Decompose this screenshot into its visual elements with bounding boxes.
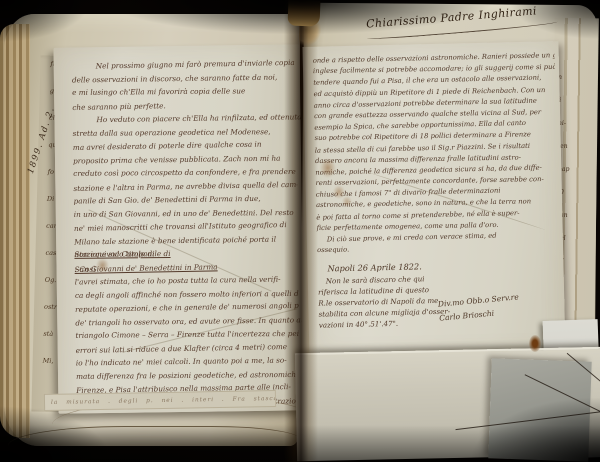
- ink-stain: [342, 196, 352, 207]
- right-letter-text: onde a rispetto delle osservazioni astro…: [313, 50, 560, 257]
- left-page-edge-stack: [0, 24, 30, 438]
- underlined-text: Stazione sul Campanile di: [74, 247, 170, 261]
- left-letter-text: Nel prossimo giugno mi farò premura d'in…: [72, 56, 301, 410]
- line-text: e mi lusingo ch'Ella mi favorirà copia d…: [72, 84, 245, 99]
- handwriting-fragment: in: [556, 74, 590, 97]
- book-gutter-top: [288, 0, 321, 27]
- ink-stain: [320, 158, 336, 178]
- page-edge-line: [8, 426, 300, 448]
- handwriting-fragment: rì: [556, 97, 590, 120]
- wax-stain: [529, 335, 541, 352]
- ink-stain: [96, 258, 109, 273]
- manuscript-photo: fugichequfoDicanecasOg.ostrstàMi, 1899. …: [0, 0, 600, 462]
- gray-folded-sheet: [488, 358, 591, 461]
- left-letter-sheet: Nel prossimo giugno mi farò premura d'in…: [53, 44, 304, 413]
- book-gutter-page-edges: [295, 8, 306, 444]
- line-text: : Così: [74, 262, 95, 276]
- handwriting-fragment: mi-: [556, 120, 590, 143]
